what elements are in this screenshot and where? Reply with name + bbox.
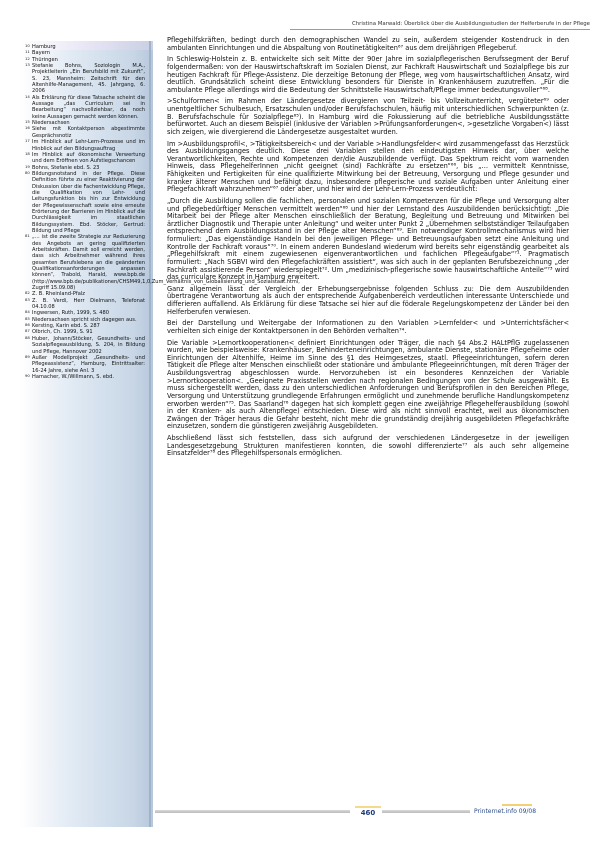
footnote-text: Z. B. Rheinland-Pfalz xyxy=(32,291,85,297)
footnote-text: Hamburg xyxy=(32,44,56,50)
footnote-text: Kersting, Karin ebd. S. 287 xyxy=(32,323,100,329)
footnote: 89Außer Modellprojekt „Gesundheits- und … xyxy=(25,355,145,374)
page-number: 460 xyxy=(355,806,381,819)
article-body: Pflegehilfskräften, bedingt durch den de… xyxy=(167,37,569,462)
footnote-number: 89 xyxy=(25,354,30,360)
footer-rule-left xyxy=(155,810,350,813)
body-paragraph: Die Variable >Lernortkooperationen< defi… xyxy=(167,340,569,432)
body-paragraph: Ganz allgemein lässt der Vergleich der E… xyxy=(167,286,569,317)
footnote-text: Hamacher, W./Willmann, S. ebd. xyxy=(32,374,114,380)
footnote-text: Siehe mit Kontaktperson abgestimmte Gesp… xyxy=(32,126,145,138)
footnote: 90Hamacher, W./Willmann, S. ebd. xyxy=(25,374,145,380)
footnote: 80Bildungsnotstand in der Pflege. Diese … xyxy=(25,171,145,234)
body-paragraph: Bei der Darstellung und Weitergabe der I… xyxy=(167,320,569,335)
body-paragraph: In Schleswig-Holstein z. B. entwickelte … xyxy=(167,56,569,94)
footnote-text: Außer Modellprojekt „Gesundheits- und Pf… xyxy=(32,355,145,374)
footnote-text: Im Hinblick auf ökonomische Verwertung u… xyxy=(32,152,145,164)
footnote: 81„… ist die zweite Strategie zur Reduzi… xyxy=(25,234,145,291)
footnote-text: Thüringen xyxy=(32,57,58,63)
body-paragraph: Abschließend lässt sich feststellen, das… xyxy=(167,435,569,458)
footnote: 16Siehe mit Kontaktperson abgestimmte Ge… xyxy=(25,126,145,139)
footnote-number: 17 xyxy=(25,138,30,144)
footnote: 83Z. B. Verdi, Herr Dielmann, Telefonat … xyxy=(25,298,145,311)
footnote: 17Im Hinblick auf Lehr-Lern-Prozesse und… xyxy=(25,139,145,152)
footnote-number: 13 xyxy=(25,62,30,68)
footnote-list: 10Hamburg 11Bayern 12Thüringen 13Stefani… xyxy=(25,44,145,380)
footnote-text: Ingwersen, Ruth, 1999, S. 480 xyxy=(32,310,109,316)
footnotes-sidebar: 10Hamburg 11Bayern 12Thüringen 13Stefani… xyxy=(20,41,153,827)
footnote-text: Z. B. Verdi, Herr Dielmann, Telefonat 04… xyxy=(32,298,145,310)
footnote-number: 83 xyxy=(25,297,30,303)
footer-rule-right xyxy=(382,810,470,813)
body-paragraph: Im >Ausbildungsprofil<, >Tätigkeitsberei… xyxy=(167,141,569,194)
footnote-text: Niedersachsen spricht sich dagegen aus. xyxy=(32,317,137,323)
body-paragraph: Pflegehilfskräften, bedingt durch den de… xyxy=(167,37,569,52)
footnote-number: 81 xyxy=(25,233,30,239)
footnote-number: 16 xyxy=(25,125,30,131)
footnote-number: 14 xyxy=(25,94,30,100)
footnote: 88Huber, Johann/Stöcker, Gesundheits- un… xyxy=(25,336,145,355)
running-title: Christina Marwald: Überblick über die Au… xyxy=(352,21,590,27)
footnote-text: Als Erklärung für diese Tatsache scheint… xyxy=(32,95,145,120)
footnote-number: 88 xyxy=(25,335,30,341)
footnote-number: 90 xyxy=(25,373,30,379)
footnote-text: Im Hinblick auf Lehr-Lern-Prozesse und i… xyxy=(32,139,145,151)
body-paragraph: >Schulformen< im Rahmen der Ländergesetz… xyxy=(167,98,569,136)
footnote-number: 80 xyxy=(25,170,30,176)
sidebar-edge-rule xyxy=(149,41,151,827)
footnote-text: Stefanie Bohns, Soziologin M.A., Projekt… xyxy=(32,63,145,94)
footnote: 14Als Erklärung für diese Tatsache schei… xyxy=(25,95,145,120)
footnote-number: 18 xyxy=(25,151,30,157)
footnote-text: Huber, Johann/Stöcker, Gesundheits- und … xyxy=(32,336,145,355)
footnote: 13Stefanie Bohns, Soziologin M.A., Proje… xyxy=(25,63,145,95)
footnote-text: Bohns, Stefanie ebd. S. 23 xyxy=(32,165,99,171)
page-footer: 460 Printernet.info 09/08 xyxy=(150,806,595,818)
running-header: Christina Marwald: Überblick über die Au… xyxy=(290,19,590,30)
footnote: 18Im Hinblick auf ökonomische Verwertung… xyxy=(25,152,145,165)
footnote-text: Niedersachsen xyxy=(32,120,70,126)
journal-name: Printernet.info 09/08 xyxy=(474,806,536,817)
body-paragraph: „Durch die Ausbildung sollen die fachlic… xyxy=(167,198,569,282)
footnote-text: Bildungsnotstand in der Pflege. Diese De… xyxy=(32,171,145,234)
footnote-text: Olbrich, Ch. 1999, S. 91 xyxy=(32,329,93,335)
footnote-text: Bayern xyxy=(32,50,50,56)
